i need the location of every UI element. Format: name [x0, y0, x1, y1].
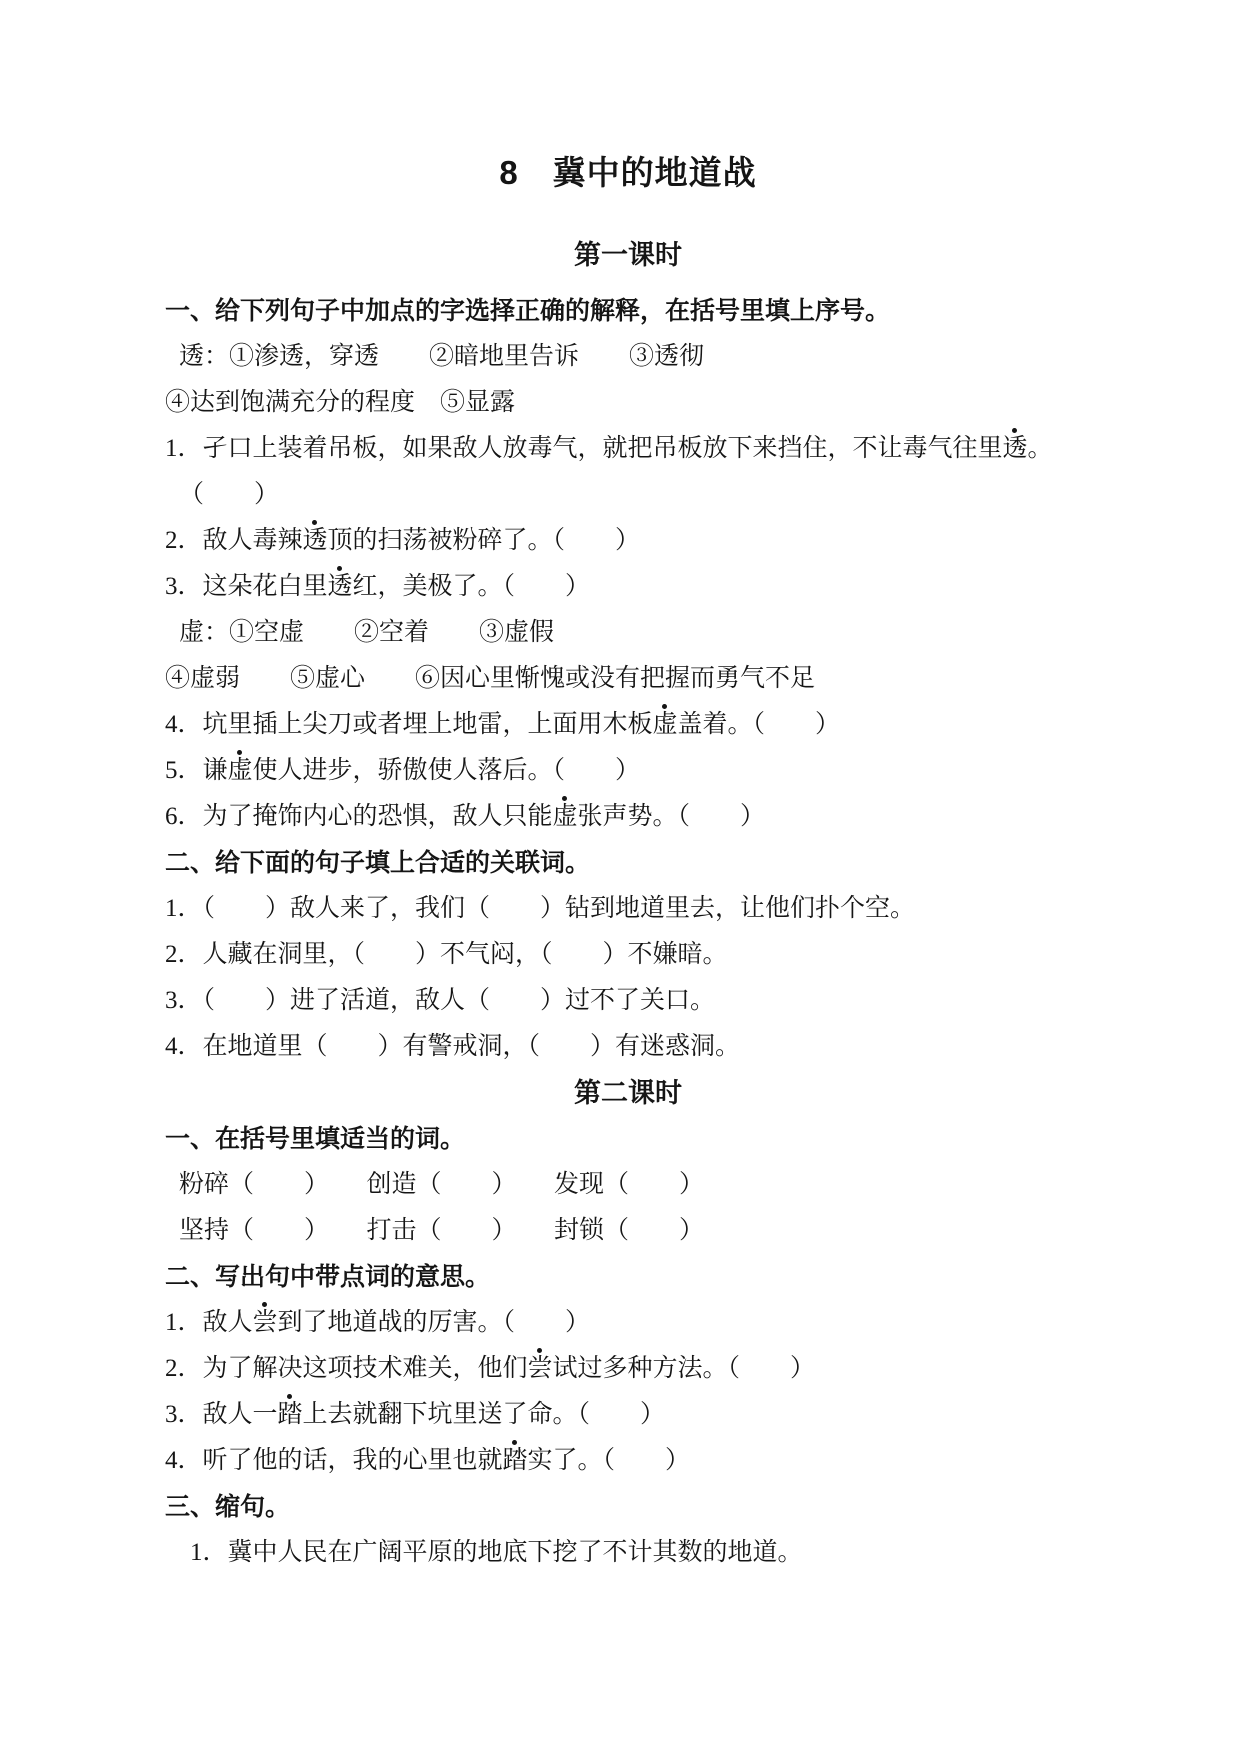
text-segment: 一、给下列句子中加点的字选择正确的解释，在括号里填上序号。: [165, 297, 890, 325]
text-segment: 虚：①空虚 ②空着 ③虚假: [179, 619, 554, 646]
worksheet-line: 1．孑口上装着吊板，如果敌人放毒气，就把吊板放下来挡住，不让毒气往里透。: [165, 426, 1091, 472]
worksheet-line: 1．（ ）敌人来了，我们（ ）钻到地道里去，让他们扑个空。: [165, 886, 1091, 932]
text-segment: （ ）: [179, 481, 279, 508]
text-segment: 二、写出句中带点词的意思。: [165, 1263, 490, 1291]
text-segment: 6．为了掩饰内心的恐惧，敌人只能: [165, 803, 553, 830]
emphasized-char: 虚: [653, 711, 678, 740]
worksheet-line: 粉碎（ ） 创造（ ） 发现（ ）: [165, 1162, 1091, 1208]
text-segment: 盖着。（ ）: [678, 711, 841, 738]
text-segment: 1．（ ）敌人来了，我们（ ）钻到地道里去，让他们扑个空。: [165, 895, 915, 922]
text-segment: 试过多种方法。（ ）: [553, 1355, 816, 1382]
text-segment: 上去就翻下坑里送了命。（ ）: [303, 1401, 666, 1428]
worksheet-line: 3．敌人一踏上去就翻下坑里送了命。（ ）: [165, 1392, 1091, 1438]
text-segment: 4．在地道里（ ）有警戒洞，（ ）有迷惑洞。: [165, 1033, 740, 1060]
emphasized-char: 虚: [228, 757, 253, 786]
worksheet-line: 2．为了解决这项技术难关，他们尝试过多种方法。（ ）: [165, 1346, 1091, 1392]
emphasized-char: 踏: [278, 1401, 303, 1430]
worksheet-line: （ ）: [165, 472, 1091, 518]
text-segment: ④达到饱满充分的程度 ⑤显露: [165, 389, 515, 416]
worksheet-line: ④达到饱满充分的程度 ⑤显露: [165, 380, 1091, 426]
text-segment: 3．（ ）进了活道，敌人（ ）过不了关口。: [165, 987, 715, 1014]
worksheet-line: 3．（ ）进了活道，敌人（ ）过不了关口。: [165, 978, 1091, 1024]
text-segment: 1．敌人: [165, 1309, 253, 1336]
section-heading: 一、给下列句子中加点的字选择正确的解释，在括号里填上序号。: [165, 288, 1091, 334]
text-segment: 到了地道战的厉害。（ ）: [278, 1309, 591, 1336]
text-segment: 1．冀中人民在广阔平原的地底下挖了不计其数的地道。: [190, 1539, 803, 1566]
worksheet-line: 4．坑里插上尖刀或者埋上地雷，上面用木板虚盖着。（ ）: [165, 702, 1091, 748]
text-segment: 2．人藏在洞里，（ ）不气闷，（ ）不嫌暗。: [165, 941, 728, 968]
emphasized-char: 透: [1003, 435, 1028, 464]
worksheet-line: 2．敌人毒辣透顶的扫荡被粉碎了。（ ）: [165, 518, 1091, 564]
section-heading: 三、缩句。: [165, 1484, 1091, 1530]
emphasized-char: 透: [303, 527, 328, 556]
emphasized-char: 尝: [253, 1309, 278, 1338]
text-segment: ④虚弱 ⑤虚心 ⑥因心里惭愧或没有把握而勇气不足: [165, 665, 815, 692]
text-segment: 2．敌人毒辣: [165, 527, 303, 554]
session-1-title: 第一课时: [165, 232, 1091, 278]
text-segment: 4．坑里插上尖刀或者埋上地雷，上面用木板: [165, 711, 653, 738]
worksheet-line: 虚：①空虚 ②空着 ③虚假: [165, 610, 1091, 656]
worksheet-line: 1．敌人尝到了地道战的厉害。（ ）: [165, 1300, 1091, 1346]
text-segment: 5．谦: [165, 757, 228, 784]
text-segment: 粉碎（ ） 创造（ ） 发现（ ）: [179, 1171, 704, 1198]
worksheet-line: 6．为了掩饰内心的恐惧，敌人只能虚张声势。（ ）: [165, 794, 1091, 840]
text-segment: 透：①渗透，穿透 ②暗地里告诉 ③透彻: [179, 343, 704, 370]
text-segment: 3．这朵花白里: [165, 573, 328, 600]
document: 8 冀中的地道战 第一课时 一、给下列句子中加点的字选择正确的解释，在括号里填上…: [0, 0, 1241, 1576]
text-segment: 实了。（ ）: [528, 1447, 691, 1474]
emphasized-char: 尝: [528, 1355, 553, 1384]
worksheet-line: 2．人藏在洞里，（ ）不气闷，（ ）不嫌暗。: [165, 932, 1091, 978]
section-heading: 一、在括号里填适当的词。: [165, 1116, 1091, 1162]
text-segment: 一、在括号里填适当的词。: [165, 1125, 465, 1153]
text-segment: 三、缩句。: [165, 1493, 290, 1521]
text-segment: 红，美极了。（ ）: [353, 573, 591, 600]
section-heading: 二、给下面的句子填上合适的关联词。: [165, 840, 1091, 886]
worksheet-page: 8 冀中的地道战 第一课时 一、给下列句子中加点的字选择正确的解释，在括号里填上…: [0, 0, 1241, 1754]
text-segment: 1．孑口上装着吊板，如果敌人放毒气，就把吊板放下来挡住，不让毒气往里: [165, 435, 1003, 462]
worksheet-line: ④虚弱 ⑤虚心 ⑥因心里惭愧或没有把握而勇气不足: [165, 656, 1091, 702]
text-segment: 第二课时: [574, 1078, 682, 1108]
worksheet-line: 4．听了他的话，我的心里也就踏实了。（ ）: [165, 1438, 1091, 1484]
emphasized-char: 透: [328, 573, 353, 602]
worksheet-line: 5．谦虚使人进步，骄傲使人落后。（ ）: [165, 748, 1091, 794]
text-segment: 张声势。（ ）: [578, 803, 766, 830]
worksheet-line: 坚持（ ） 打击（ ） 封锁（ ）: [165, 1208, 1091, 1254]
emphasized-char: 踏: [503, 1447, 528, 1476]
page-title: 8 冀中的地道战: [165, 150, 1091, 196]
section-heading: 二、写出句中带点词的意思。: [165, 1254, 1091, 1300]
text-segment: 3．敌人一: [165, 1401, 278, 1428]
worksheet-line: 透：①渗透，穿透 ②暗地里告诉 ③透彻: [165, 334, 1091, 380]
text-segment: 坚持（ ） 打击（ ） 封锁（ ）: [179, 1217, 704, 1244]
worksheet-line: 4．在地道里（ ）有警戒洞，（ ）有迷惑洞。: [165, 1024, 1091, 1070]
session-title: 第二课时: [165, 1070, 1091, 1116]
worksheet-line: 1．冀中人民在广阔平原的地底下挖了不计其数的地道。: [165, 1530, 1091, 1576]
text-segment: 。: [1028, 435, 1053, 462]
text-segment: 二、给下面的句子填上合适的关联词。: [165, 849, 590, 877]
text-segment: 4．听了他的话，我的心里也就: [165, 1447, 503, 1474]
worksheet-line: 3．这朵花白里透红，美极了。（ ）: [165, 564, 1091, 610]
text-segment: 顶的扫荡被粉碎了。（ ）: [328, 527, 641, 554]
document-body: 一、给下列句子中加点的字选择正确的解释，在括号里填上序号。透：①渗透，穿透 ②暗…: [165, 288, 1091, 1576]
emphasized-char: 虚: [553, 803, 578, 832]
text-segment: 2．为了解决这项技术难关，他们: [165, 1355, 528, 1382]
text-segment: 使人进步，骄傲使人落后。（ ）: [253, 757, 641, 784]
